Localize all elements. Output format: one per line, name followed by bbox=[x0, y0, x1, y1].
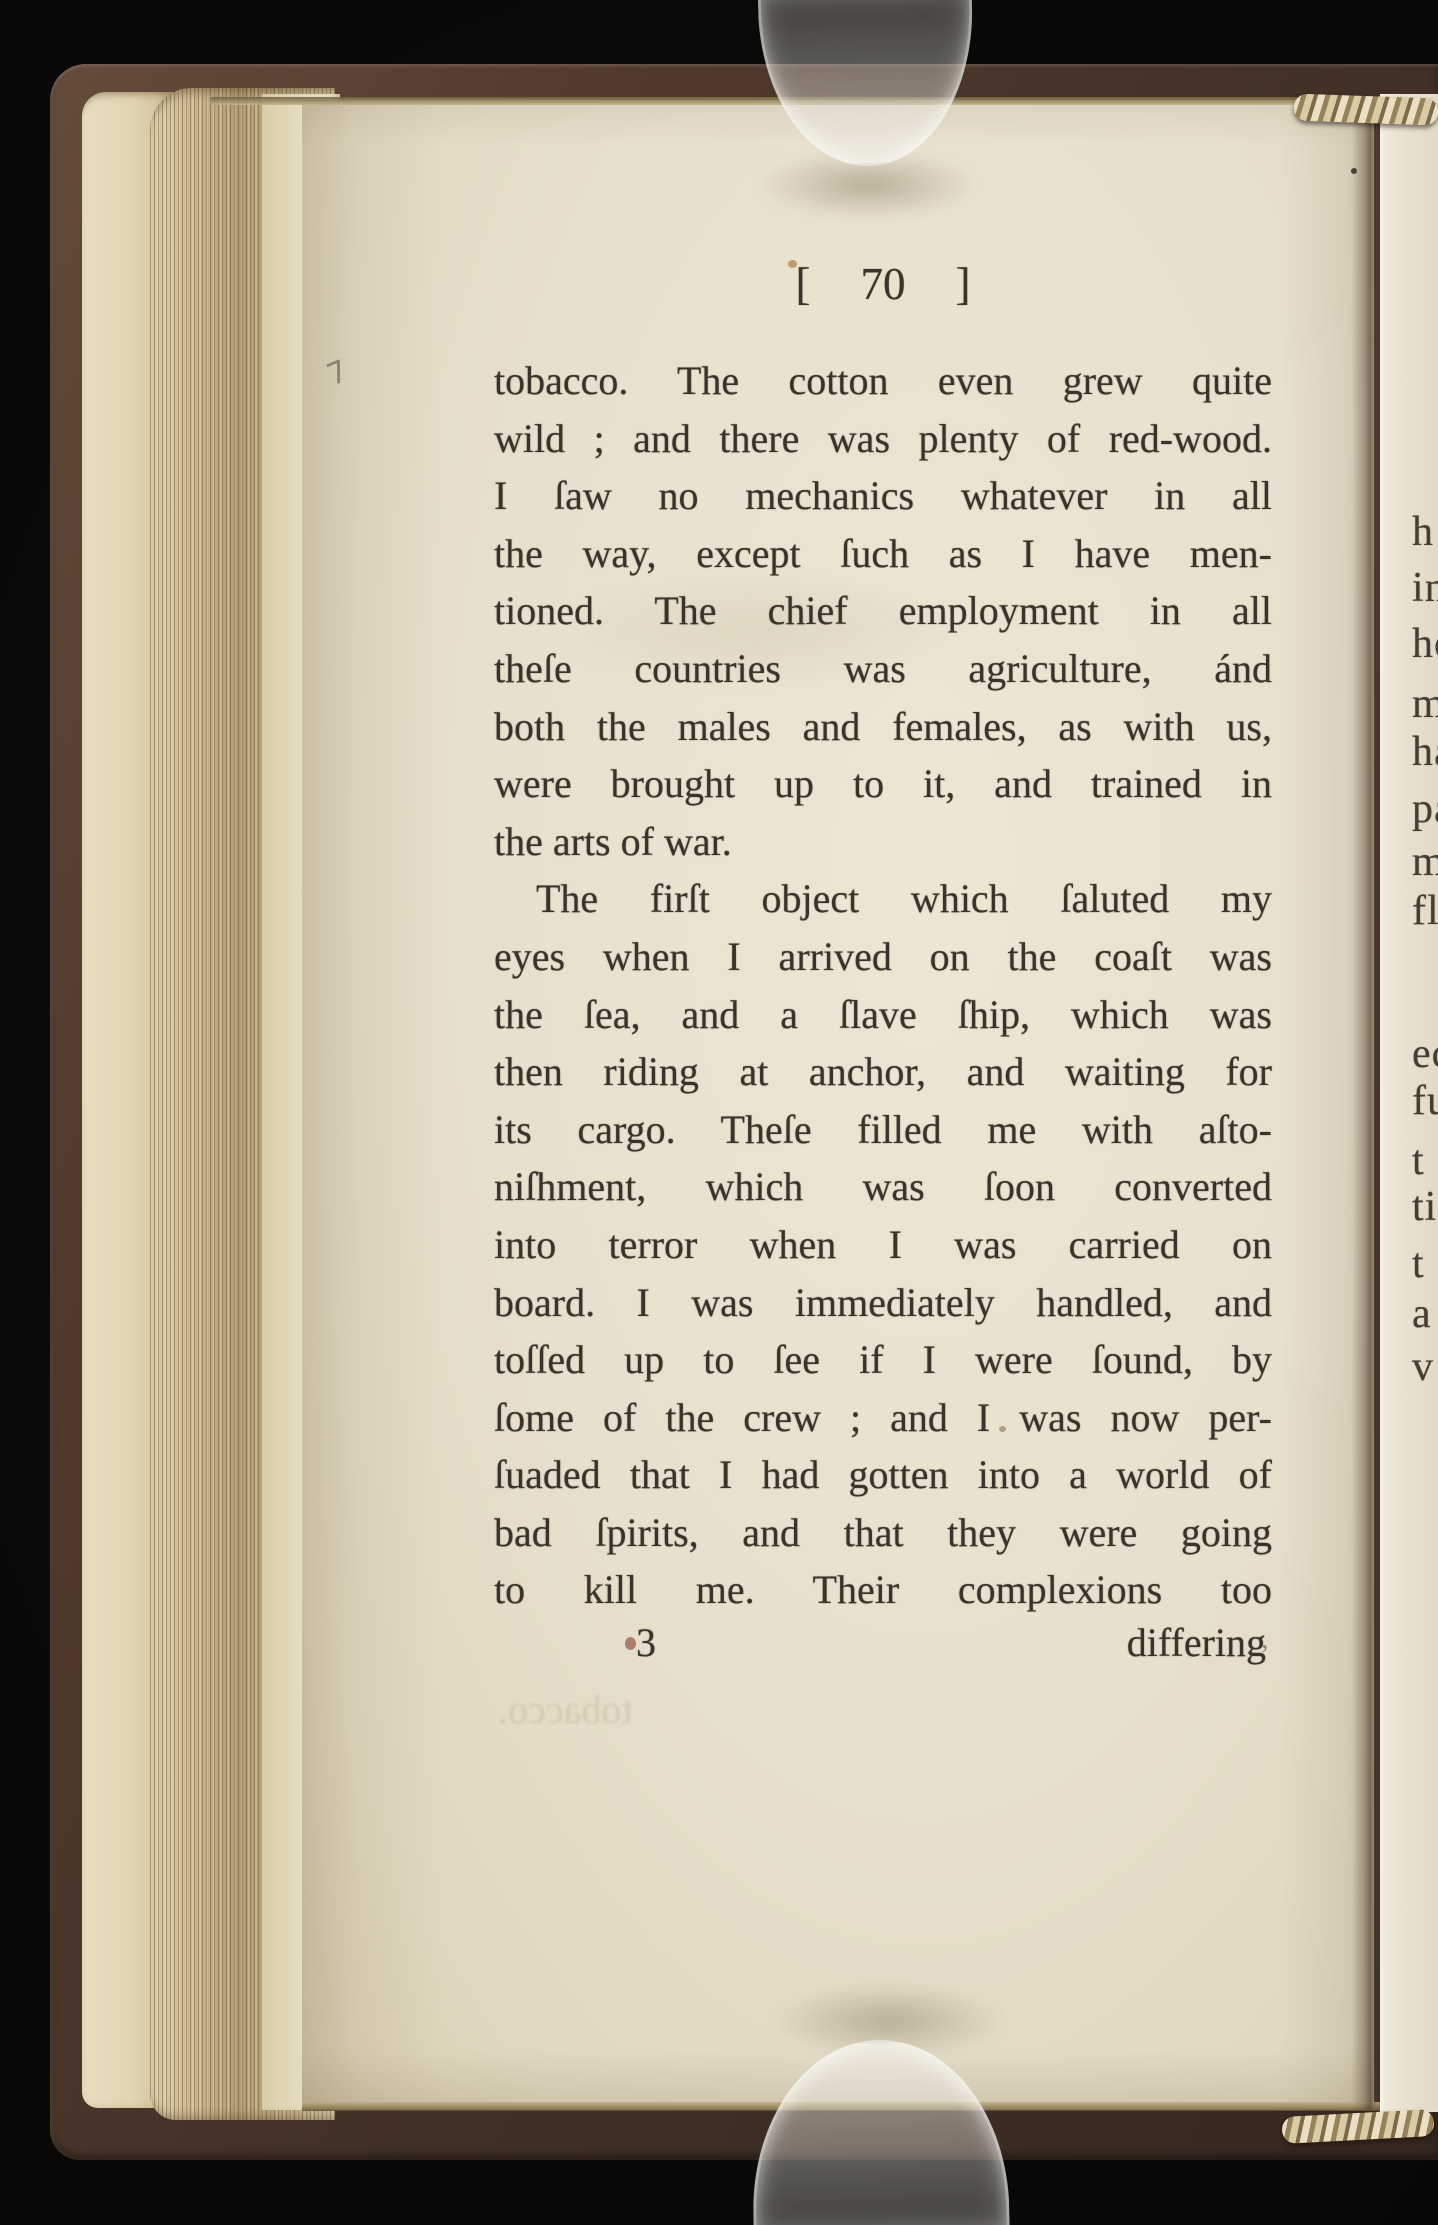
page-text-column: tobacco. The cotton even grew quitewild … bbox=[494, 352, 1272, 1619]
text-line: wild ; and there was plenty of red-wood. bbox=[494, 410, 1272, 468]
show-through-text: tobacco. bbox=[498, 1686, 632, 1733]
facing-page-text-fragment: h bbox=[1412, 508, 1434, 556]
paper-speck bbox=[625, 1637, 636, 1650]
page-footer-row: 3 differing bbox=[494, 1619, 1272, 1677]
facing-page-sliver: hinhomhapamflaecfuttitav bbox=[1380, 94, 1438, 2112]
headband-top bbox=[1294, 93, 1438, 125]
text-line: theſe countries was agriculture, ánd bbox=[494, 640, 1272, 698]
text-line: eyes when I arrived on the coaſt was bbox=[494, 928, 1272, 986]
header-right-bracket: ] bbox=[956, 258, 971, 310]
facing-page-text-fragment: fla bbox=[1412, 887, 1438, 935]
text-line: the arts of war. bbox=[494, 813, 1272, 871]
facing-page-text-fragment: ha bbox=[1412, 728, 1438, 776]
pencil-mark: 7 bbox=[322, 354, 353, 394]
facing-page-text-fragment: fu bbox=[1412, 1077, 1438, 1125]
facing-page-text-fragment: m bbox=[1412, 838, 1438, 886]
text-line: tioned. The chief employment in all bbox=[494, 582, 1272, 640]
text-line: niſhment, which was ſoon converted bbox=[494, 1158, 1272, 1216]
text-line: into terror when I was carried on bbox=[494, 1216, 1272, 1274]
facing-page-text-fragment: pa bbox=[1412, 785, 1438, 833]
catchword: differing bbox=[1127, 1619, 1266, 1666]
facing-page-text-fragment: ti bbox=[1412, 1183, 1437, 1231]
text-line: the ſea, and a ſlave ſhip, which was bbox=[494, 986, 1272, 1044]
page-gutter-shadow bbox=[1352, 104, 1380, 2110]
facing-page-text-fragment: t bbox=[1412, 1137, 1425, 1185]
facing-page-text-fragment: ec bbox=[1412, 1030, 1438, 1078]
signature-mark: 3 bbox=[636, 1619, 656, 1666]
paper-speck bbox=[999, 1426, 1006, 1432]
text-line: tobacco. The cotton even grew quite bbox=[494, 352, 1272, 410]
book-photograph: tobacco. [70] tobacco. The cotton even g… bbox=[0, 0, 1438, 2225]
header-left-bracket: [ bbox=[796, 258, 811, 310]
paper-speck bbox=[788, 260, 797, 268]
paper-speck bbox=[1351, 168, 1357, 174]
page-number-header: [70] bbox=[494, 258, 1272, 310]
stray-ink-mark: ’ bbox=[1260, 1640, 1269, 1672]
facing-page-text-fragment: t bbox=[1412, 1240, 1425, 1288]
text-line: I ſaw no mechanics whatever in all bbox=[494, 467, 1272, 525]
text-line: its cargo. Theſe filled me with aſto- bbox=[494, 1101, 1272, 1159]
text-line: then riding at anchor, and waiting for bbox=[494, 1043, 1272, 1101]
text-line: bad ſpirits, and that they were going bbox=[494, 1504, 1272, 1562]
text-line: to kill me. Their complexions too bbox=[494, 1561, 1272, 1619]
text-line: ſuaded that I had gotten into a world of bbox=[494, 1446, 1272, 1504]
facing-page-text-fragment: v bbox=[1412, 1343, 1434, 1391]
book-page: tobacco. [70] tobacco. The cotton even g… bbox=[302, 100, 1374, 2110]
facing-page-text-fragment: m bbox=[1412, 680, 1438, 728]
text-line: both the males and females, as with us, bbox=[494, 698, 1272, 756]
text-line: toſſed up to ſee if I were ſound, by bbox=[494, 1331, 1272, 1389]
text-line: ſome of the crew ; and I was now per- bbox=[494, 1389, 1272, 1447]
facing-page-text-fragment: ho bbox=[1412, 620, 1438, 668]
text-line: The firſt object which ſaluted my bbox=[494, 870, 1272, 928]
facing-page-text-fragment: a bbox=[1412, 1290, 1432, 1338]
facing-page-text-fragment: in bbox=[1412, 564, 1438, 612]
text-line: the way, except ſuch as I have men- bbox=[494, 525, 1272, 583]
page-number: 70 bbox=[861, 258, 906, 310]
text-line: were brought up to it, and trained in bbox=[494, 755, 1272, 813]
text-line: board. I was immediately handled, and bbox=[494, 1274, 1272, 1332]
